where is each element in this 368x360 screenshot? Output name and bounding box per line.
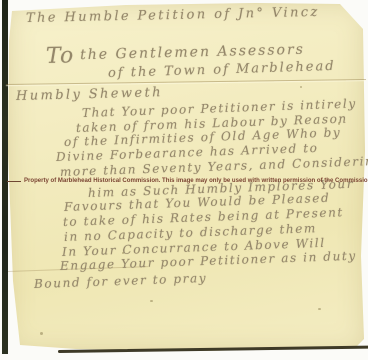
- age-speck: [318, 308, 321, 310]
- age-speck: [150, 300, 153, 302]
- scanner-edge-strip: [2, 0, 8, 354]
- watermark-dash: [7, 181, 21, 182]
- age-speck: [338, 122, 340, 125]
- age-speck: [40, 332, 43, 335]
- copyright-watermark: Property of Marblehead Historical Commis…: [24, 177, 368, 184]
- age-speck: [122, 252, 124, 254]
- age-speck: [300, 86, 302, 88]
- to-flourish: To: [46, 43, 75, 69]
